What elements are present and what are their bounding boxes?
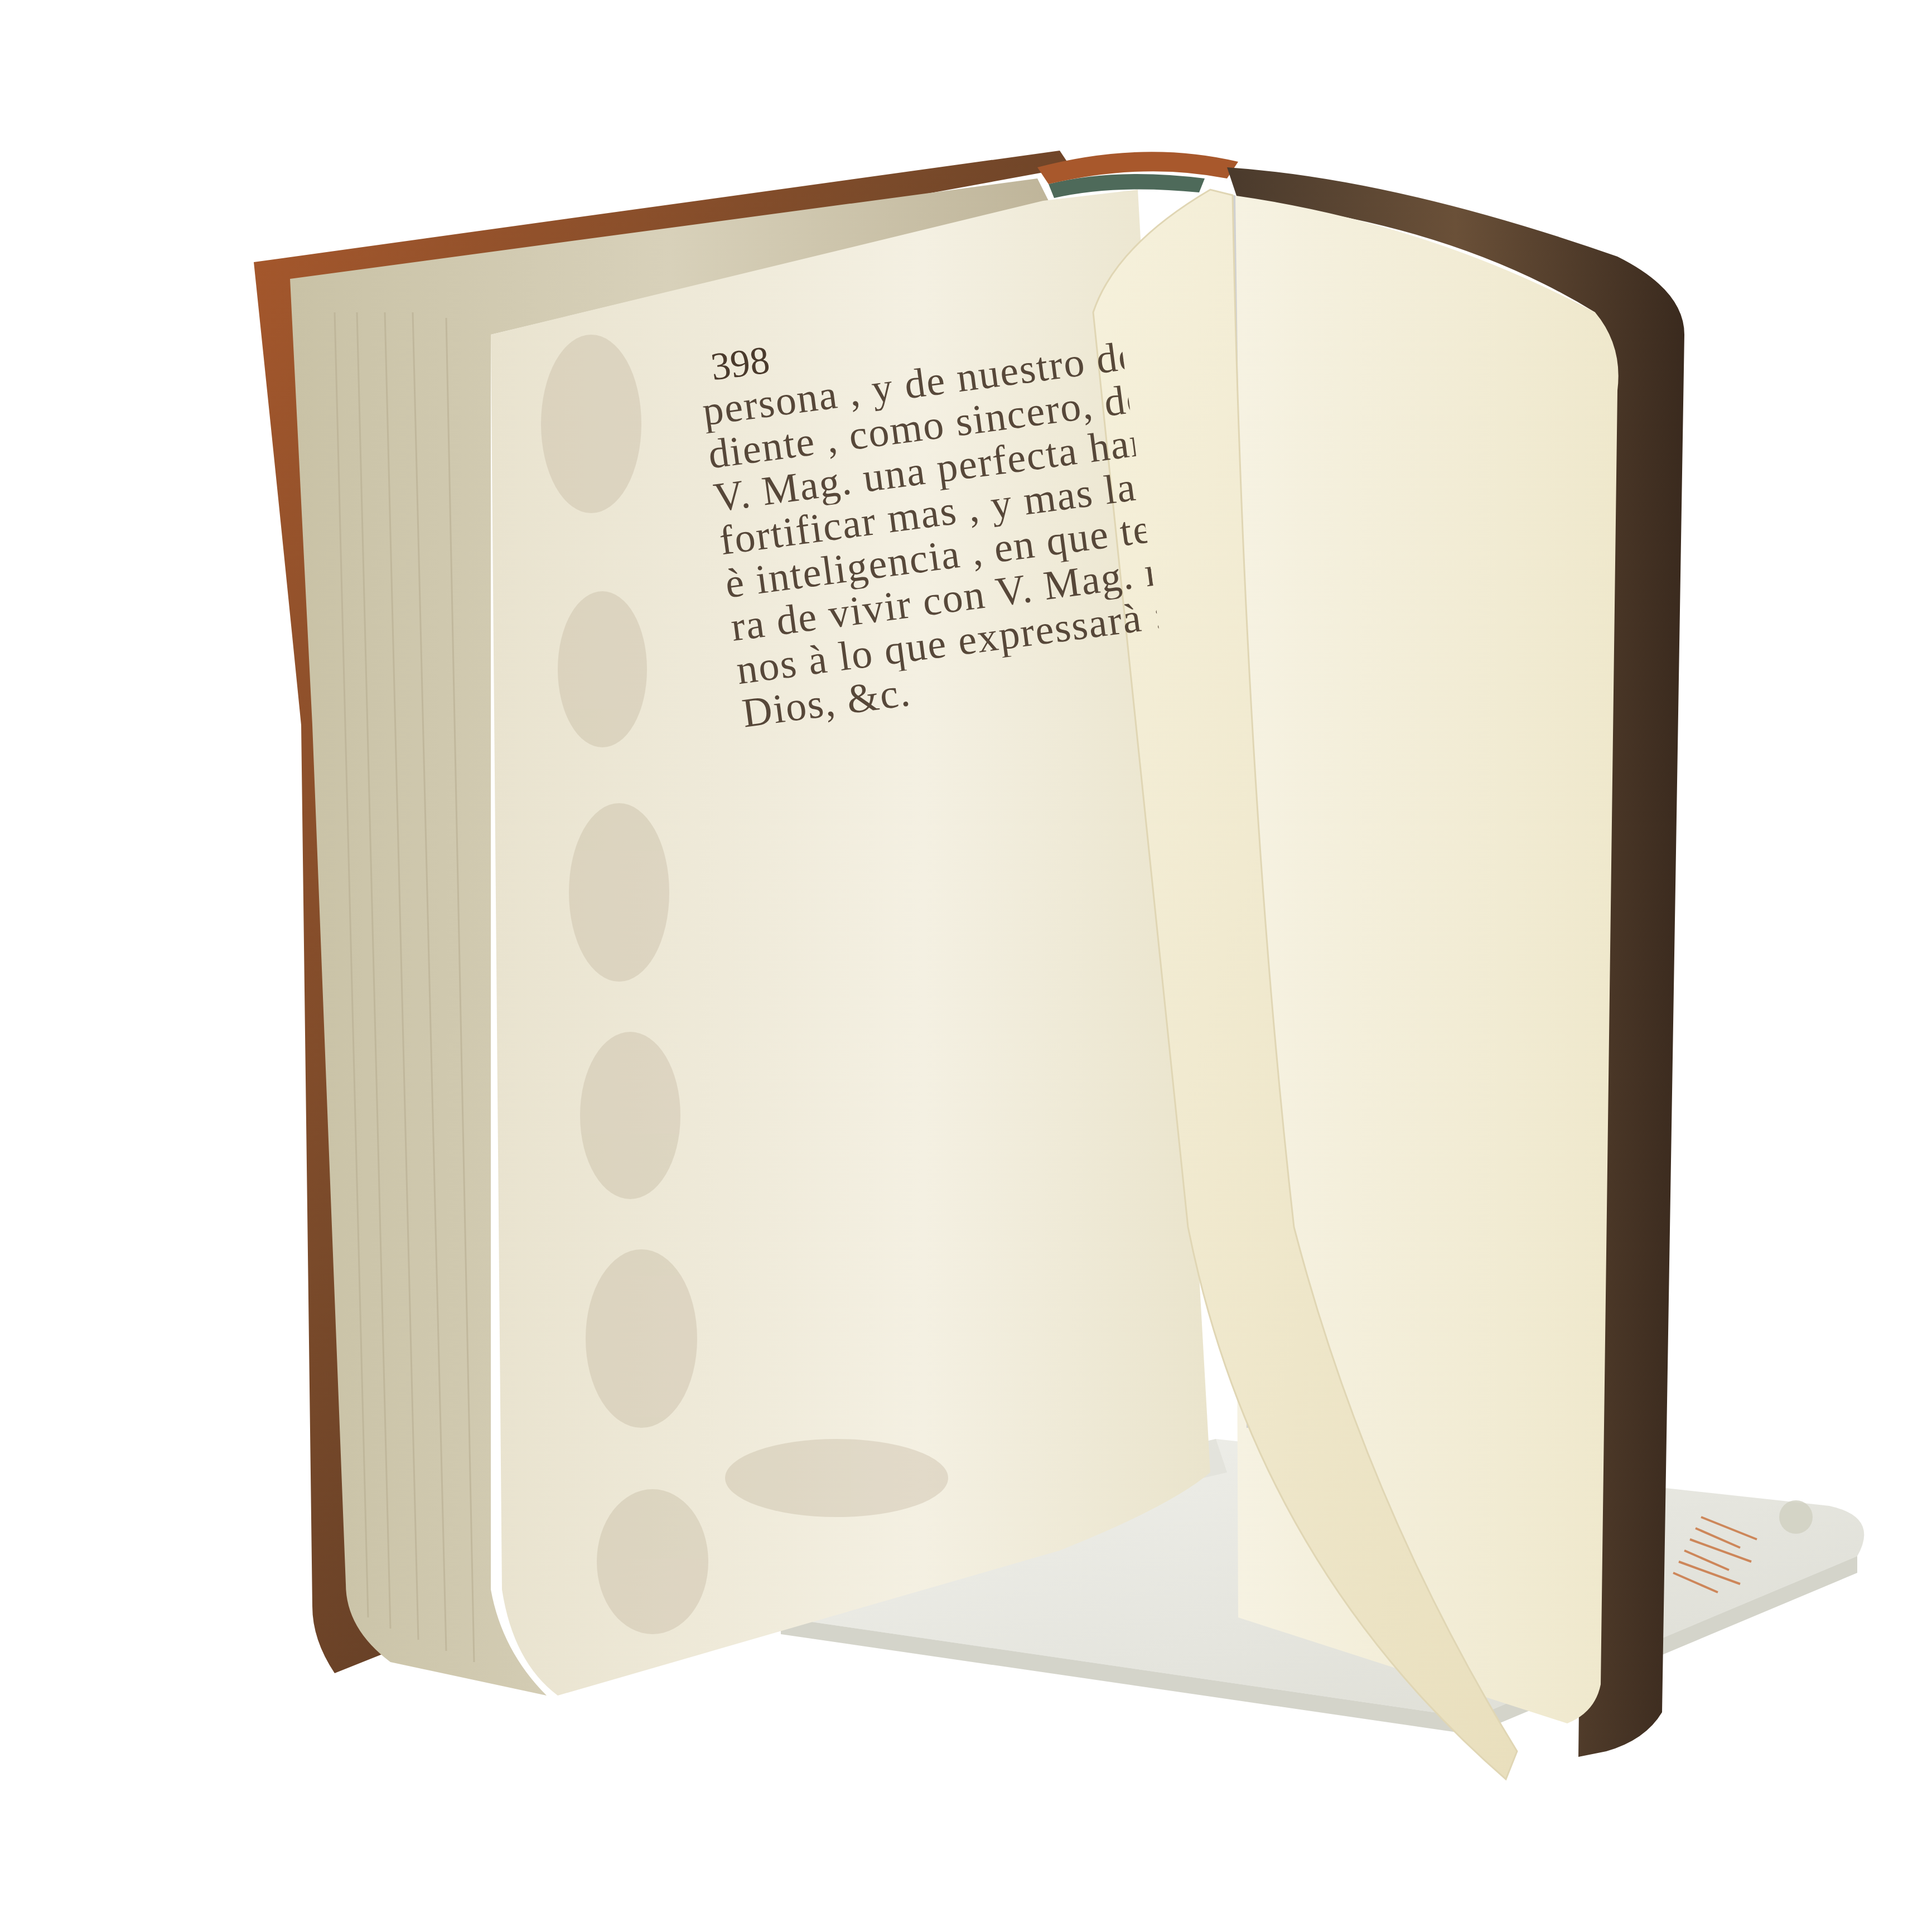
book-photo: 398 persona , y de nuestro deseo. diente… xyxy=(0,0,1932,1932)
page-text-block: persona , y de nuestro deseo. diente , c… xyxy=(700,335,1166,736)
book-illustration xyxy=(0,0,1932,1932)
